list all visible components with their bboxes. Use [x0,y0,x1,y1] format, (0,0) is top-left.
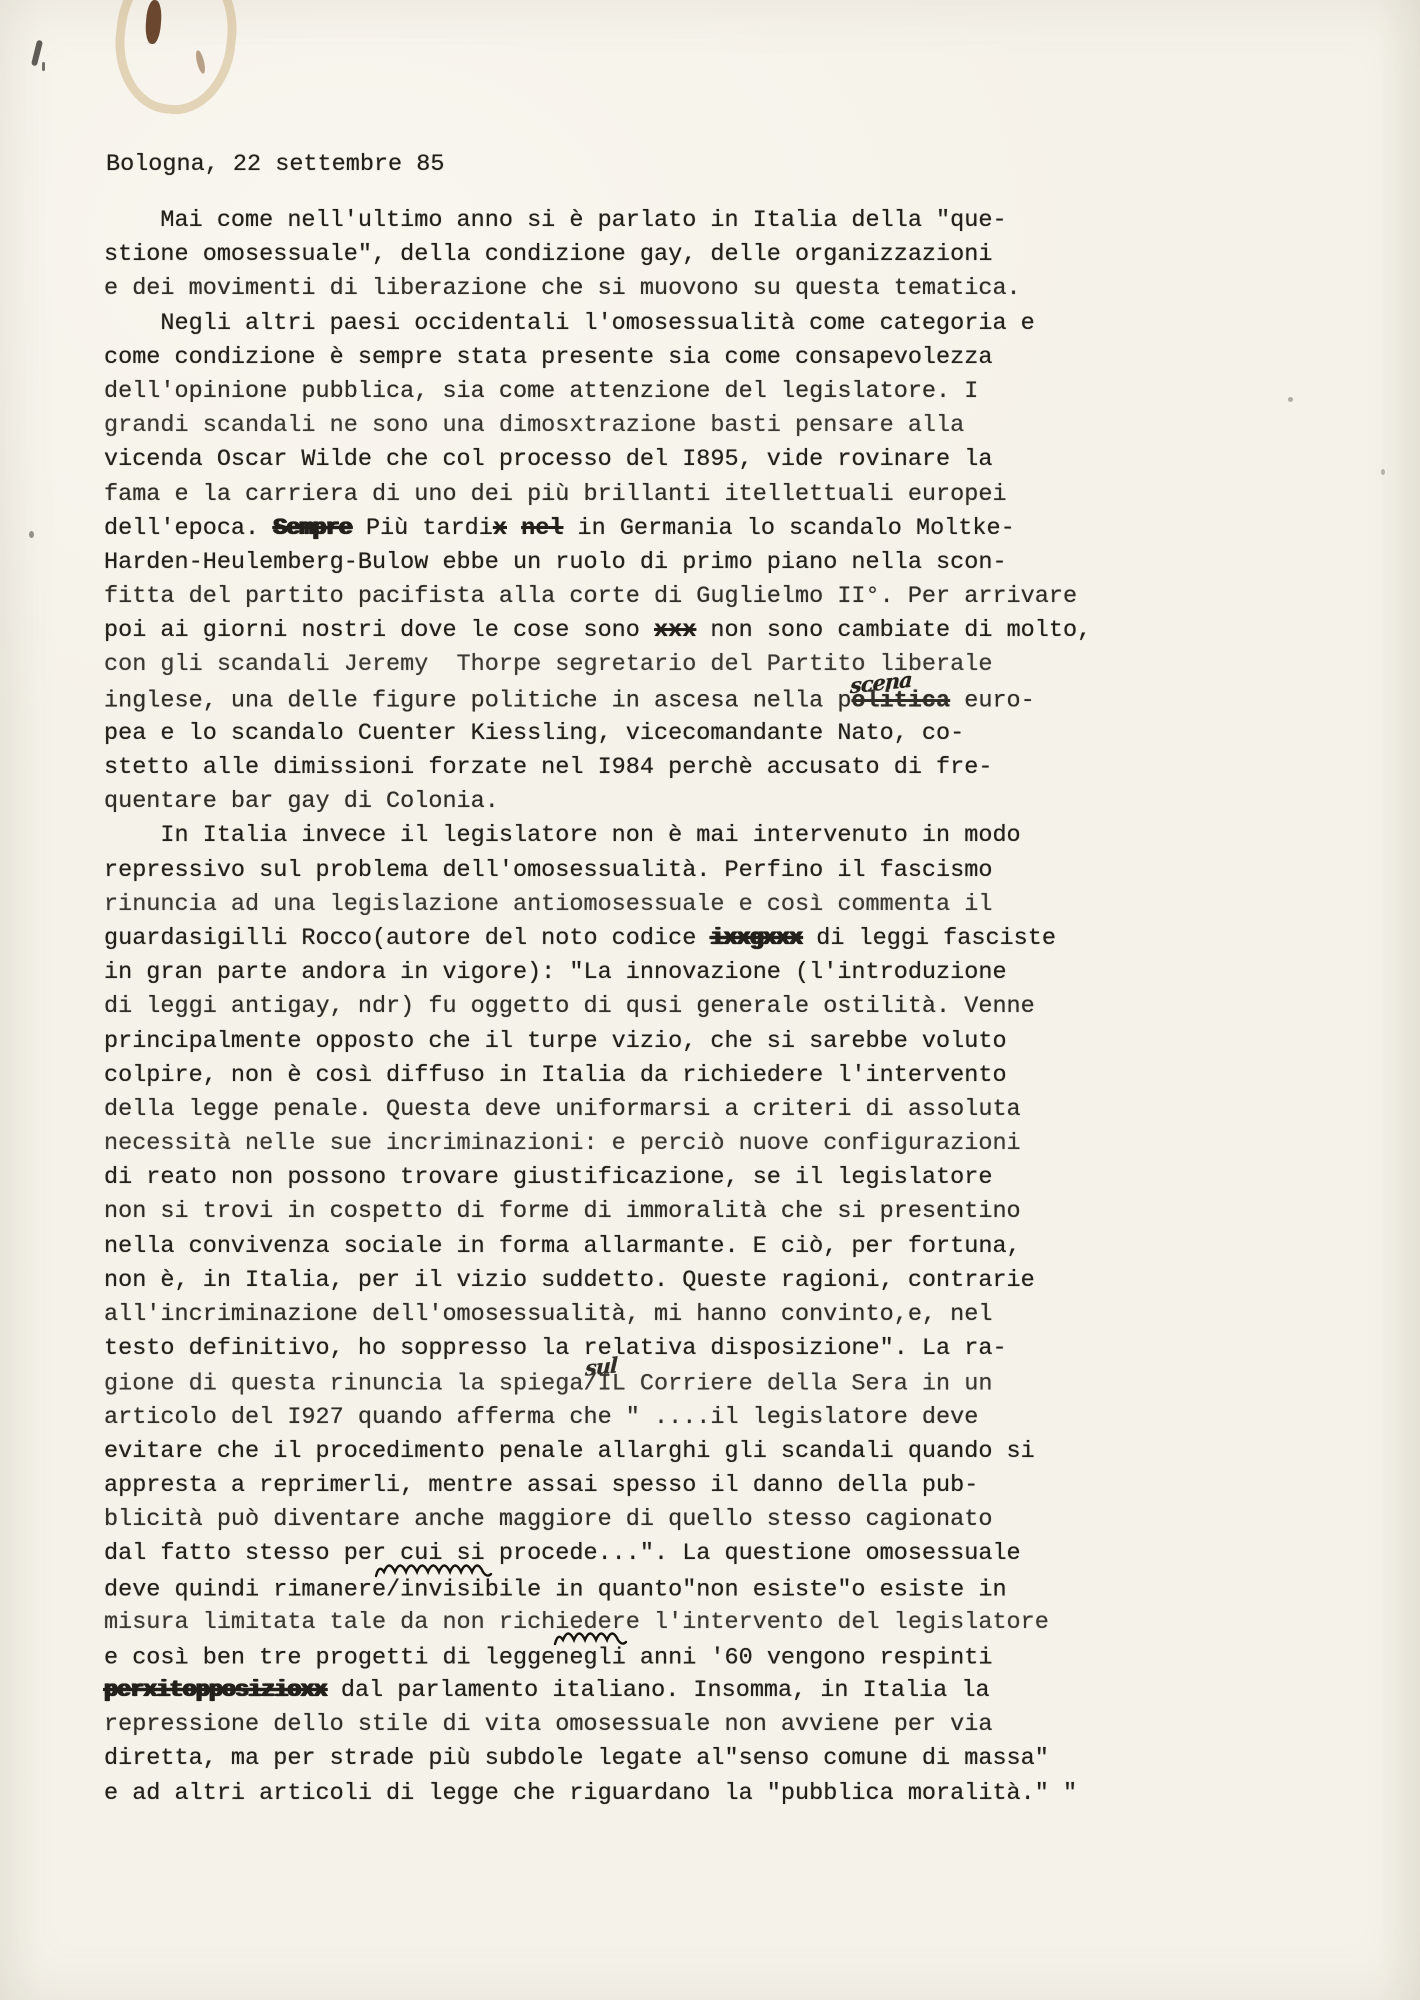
typed-text: inglese, una delle figure politiche in a… [104,687,851,714]
typed-text: deve quindi rimanere [104,1576,386,1603]
ink-smudge-mark [144,0,162,44]
text-line: e dei movimenti di liberazione che si mu… [104,272,1344,306]
text-line: principalmente opposto che il turpe vizi… [104,1025,1344,1059]
typed-text: appresta a reprimerli, mentre assai spes… [104,1472,978,1499]
typed-text: /IL Corriere della Sera in un [583,1371,992,1398]
typed-text: guardasigilli Rocco(autore del noto codi… [104,925,710,952]
text-line: quentare bar gay di Colonia. [104,785,1344,819]
typed-text-struck: Sempre [273,515,352,542]
typed-text: dal fatto stesso per cui si procede...".… [104,1540,1021,1567]
text-line: della legge penale. Questa deve uniforma… [104,1093,1344,1127]
typed-text: non è, in Italia, per il vizio suddetto.… [104,1267,1035,1294]
typed-text: vicenda Oscar Wilde che col processo del… [104,446,992,473]
typed-text: fama e la carriera di uno dei più brilla… [104,481,1007,508]
text-line: perxitopposizioxx dal parlamento italian… [104,1674,1344,1708]
edge-dot-mark [29,531,34,538]
typed-text: fitta del partito pacifista alla corte d… [104,583,1077,610]
typed-text: gione di questa rinuncia la spiega [104,1371,583,1398]
text-line: pea e lo scandalo Cuenter Kiessling, vic… [104,717,1344,751]
typed-text: nella convivenza sociale in forma allarm… [104,1233,1021,1260]
typed-text: poi ai giorni nostri dove le cose sono [104,617,654,644]
text-line: colpire, non è così diffuso in Italia da… [104,1059,1344,1093]
text-line: Mai come nell'ultimo anno si è parlato i… [104,204,1344,238]
text-line: con gli scandali Jeremy Thorpe segretari… [104,648,1344,682]
text-line: grandi scandali ne sono una dimosxtrazio… [104,409,1344,443]
text-line: fitta del partito pacifista alla corte d… [104,580,1344,614]
typed-text: stetto alle dimissioni forzate nel I984 … [104,754,992,781]
text-line: dal fatto stesso per cui si procede...".… [104,1537,1344,1571]
paper-page: Bologna, 22 settembre 85 Mai come nell'u… [0,0,1420,2000]
typed-text: diretta, ma per strade più subdole legat… [104,1745,1049,1772]
text-line: appresta a reprimerli, mentre assai spes… [104,1469,1344,1503]
typed-text: articolo del I927 quando afferma che " .… [104,1404,978,1431]
typed-text: in gran parte andora in vigore): "La inn… [104,959,1007,986]
text-line: guardasigilli Rocco(autore del noto codi… [104,922,1344,956]
text-line: poi ai giorni nostri dove le cose sono x… [104,614,1344,648]
typed-text: come condizione è sempre stata presente … [104,344,992,371]
typed-text-struck: perxitopposizioxx [104,1677,327,1704]
text-line: in gran parte andora in vigore): "La inn… [104,956,1344,990]
typed-text: Harden-Heulemberg-Bulow ebbe un ruolo di… [104,549,1007,576]
text-line: rinuncia ad una legislazione antiomosess… [104,888,1344,922]
text-line: deve quindi rimanere/invisibile in quant… [104,1572,1344,1606]
text-line: all'incriminazione dell'omosessualità, m… [104,1298,1344,1332]
typed-text: pea e lo scandalo Cuenter Kiessling, vic… [104,720,964,747]
typed-text-struck: xxx [654,617,696,644]
text-line: gione di questa rinuncia la spiegasul/IL… [104,1366,1344,1400]
typed-text: necessità nelle sue incriminazioni: e pe… [104,1130,1021,1157]
typed-text: euro- [950,687,1035,714]
typed-text: all'incriminazione dell'omosessualità, m… [104,1301,992,1328]
typed-text: rinuncia ad una legislazione antiomosess… [104,891,992,918]
typed-text-struck: ixxgxxx [710,925,802,952]
typed-text: /invisibile in quanto"non esiste"o esist… [386,1576,1007,1603]
typed-text: e dei movimenti di liberazione che si mu… [104,275,1021,302]
typed-text: Più tardi [352,515,493,542]
typed-text-struck: x [493,515,507,542]
text-line: diretta, ma per strade più subdole legat… [104,1742,1344,1776]
text-line: e così ben tre progetti di leggenegli an… [104,1640,1344,1674]
text-line: di leggi antigay, ndr) fu oggetto di qus… [104,990,1344,1024]
typed-text: e così ben tre progetti di legge [104,1644,555,1671]
text-line: articolo del I927 quando afferma che " .… [104,1401,1344,1435]
typed-text: non sono cambiate di molto, [696,617,1091,644]
typed-text: stione omosessuale", della condizione ga… [104,241,992,268]
text-line: dell'epoca. Sempre Più tardix nel in Ger… [104,512,1344,546]
typed-text: repressione dello stile di vita omosessu… [104,1711,992,1738]
typed-text: grandi scandali ne sono una dimosxtrazio… [104,412,964,439]
typed-text: evitare che il procedimento penale allar… [104,1438,1035,1465]
typed-text: colpire, non è così diffuso in Italia da… [104,1062,1007,1089]
edge-pen-mark-small [42,62,45,71]
typed-text: principalmente opposto che il turpe vizi… [104,1028,1007,1055]
text-line: repressione dello stile di vita omosessu… [104,1708,1344,1742]
text-line: testo definitivo, ho soppresso la relati… [104,1332,1344,1366]
text-line: di reato non possono trovare giustificaz… [104,1161,1344,1195]
typed-text: non si trovi in cospetto di forme di imm… [104,1198,1021,1225]
typed-text: e ad altri articoli di legge che riguard… [104,1780,1077,1807]
text-line: In Italia invece il legislatore non è ma… [104,819,1344,853]
typed-text: in Germania lo scandalo Moltke- [563,515,1014,542]
typed-text: negli anni '60 vengono respinti [555,1644,992,1671]
text-line: Harden-Heulemberg-Bulow ebbe un ruolo di… [104,546,1344,580]
typed-text-struck: nel [521,515,563,542]
text-line: inglese, una delle figure politiche in a… [104,683,1344,717]
text-line: evitare che il procedimento penale allar… [104,1435,1344,1469]
typed-text: repressivo sul problema dell'omosessuali… [104,857,992,884]
dateline: Bologna, 22 settembre 85 [106,148,444,182]
text-line: stetto alle dimissioni forzate nel I984 … [104,751,1344,785]
typed-text: dell'opinione pubblica, sia come attenzi… [104,378,978,405]
text-line: repressivo sul problema dell'omosessuali… [104,854,1344,888]
text-line: dell'opinione pubblica, sia come attenzi… [104,375,1344,409]
typewritten-body: Mai come nell'ultimo anno si è parlato i… [104,204,1344,1811]
text-line: nella convivenza sociale in forma allarm… [104,1230,1344,1264]
typed-text: In Italia invece il legislatore non è ma… [104,822,1021,849]
typed-text: della legge penale. Questa deve uniforma… [104,1096,1021,1123]
text-line: blicità può diventare anche maggiore di … [104,1503,1344,1537]
typed-text: quentare bar gay di Colonia. [104,788,499,815]
typed-text: di reato non possono trovare giustificaz… [104,1164,992,1191]
text-line: vicenda Oscar Wilde che col processo del… [104,443,1344,477]
edge-pen-mark [31,40,43,67]
text-line: come condizione è sempre stata presente … [104,341,1344,375]
coffee-stain-ring [108,0,244,120]
typed-text: testo definitivo, ho soppresso la relati… [104,1335,1007,1362]
typed-text [507,515,521,542]
typed-text: blicità può diventare anche maggiore di … [104,1506,992,1533]
typed-text: Negli altri paesi occidentali l'omosessu… [104,310,1035,337]
text-line: fama e la carriera di uno dei più brilla… [104,478,1344,512]
typed-text: Mai come nell'ultimo anno si è parlato i… [104,207,1007,234]
paper-speck [1381,469,1385,475]
typed-text: di leggi antigay, ndr) fu oggetto di qus… [104,993,1035,1020]
typed-text: dell'epoca. [104,515,273,542]
typed-text: dal parlamento italiano. Insomma, in Ita… [327,1677,990,1704]
stain-dash-mark [194,50,207,75]
text-line: e ad altri articoli di legge che riguard… [104,1777,1344,1811]
text-line: misura limitata tale da non richiedere l… [104,1606,1344,1640]
text-line: stione omosessuale", della condizione ga… [104,238,1344,272]
typed-text: di leggi fasciste [802,925,1056,952]
text-line: necessità nelle sue incriminazioni: e pe… [104,1127,1344,1161]
text-line: non si trovi in cospetto di forme di imm… [104,1195,1344,1229]
text-line: non è, in Italia, per il vizio suddetto.… [104,1264,1344,1298]
text-line: Negli altri paesi occidentali l'omosessu… [104,307,1344,341]
